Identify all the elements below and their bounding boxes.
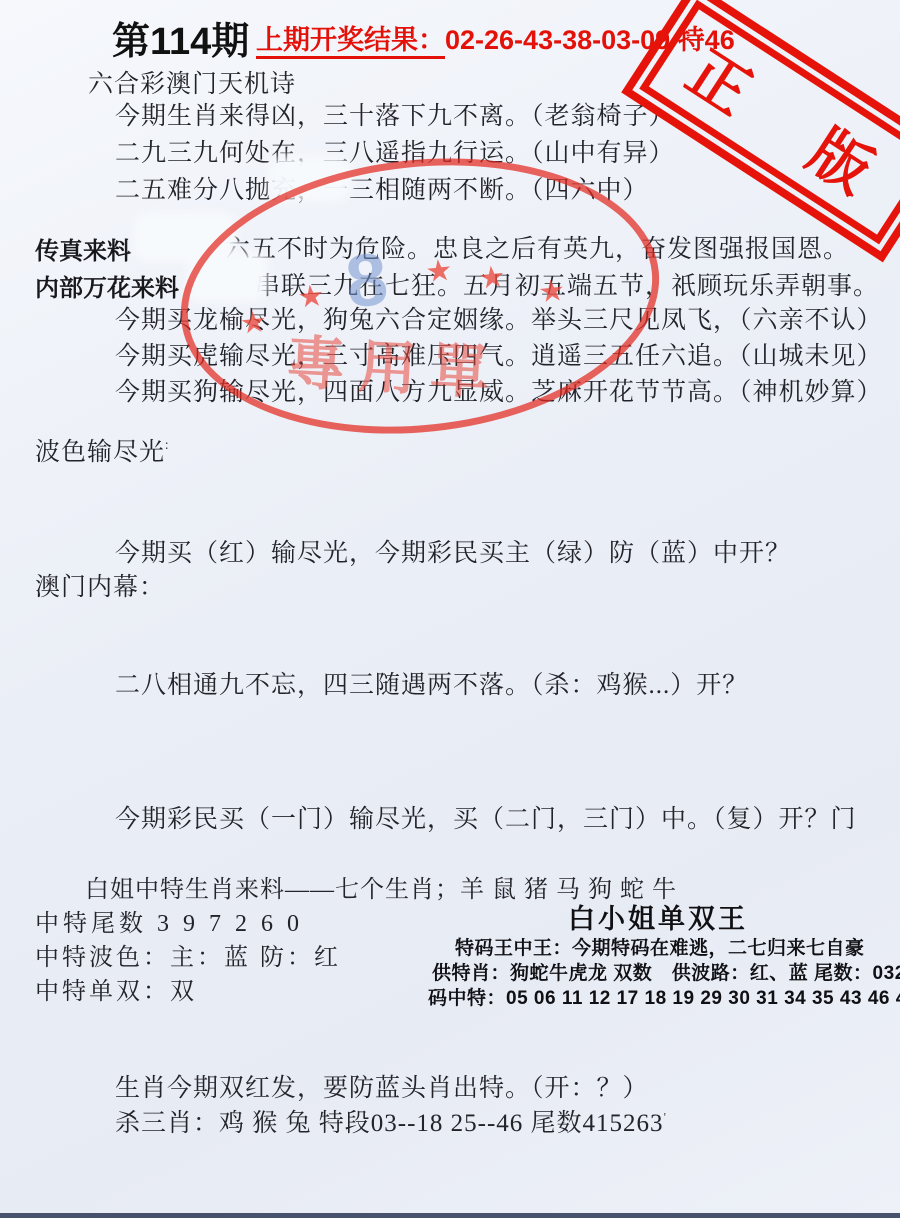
tianji-line-2: 二九三九何处在，三八遥指九行运。（山中有异） [115,135,675,172]
special-number: 特46 [678,25,735,55]
baixiaojie-line-2: 供特肖：狗蛇牛虎龙 双数 供波路：红、蓝 尾数：0326 [432,958,900,985]
last-draw-result: 上期开奖结果：02-26-43-38-03-09 特46 [256,18,735,57]
baixiaojie-title: 白小姐单双王 [568,897,748,936]
baijie-danshuang: 中特单双：双 [35,971,197,1006]
tianji-line-1: 今期生肖来得凶，三十落下九不离。（老翁椅子） [115,98,675,135]
neimu-line: 二八相通九不忘，四三随遇两不落。（杀：鸡猴...）开？ [115,665,748,701]
issue-number: 第114期 [112,10,249,65]
tianji-title: 六合彩澳门天机诗 [88,64,296,100]
bottom-line-2: 杀三肖：鸡 猴 兔 特段03--18 25--46 尾数415263' [115,1103,667,1139]
bose-label: 波色输尽光∶ [35,432,169,468]
baijie-bose: 中特波色：主：蓝 防：红 [35,937,341,972]
tianji-poem: 今期生肖来得凶，三十落下九不离。（老翁椅子） 二九三九何处在，三八遥指九行运。（… [115,98,675,209]
tianji-line-3: 二五难分八抛充，一三相随两不断。（四六中） [115,172,675,209]
bottom-edge-strip [0,1213,900,1218]
bottom-line-1: 生肖今期双红发，要防蓝头肖出特。（开：？） [115,1068,649,1104]
neimu-label: 澳门内幕： [35,567,165,603]
neibu-wanhua-label: 内部万花来料 [35,268,179,303]
fax-text-1: 六五不时为危险。忠良之后有英九，奋发图强报国恩。 [225,229,849,265]
fax-line-1: 今期买龙榆尽光，狗兔六合定姻缘。举头三尺见凤飞，（六亲不认） [115,303,883,339]
fax-poem: 今期买龙榆尽光，狗兔六合定姻缘。举头三尺见凤飞，（六亲不认） 今期买虎输尽光，三… [115,303,883,411]
fax-text-2: 串联三九在七狂。五月初五端五节，祇顾玩乐弄朝事。 [255,266,879,302]
erasure-patch [275,162,345,196]
baixiaojie-line-1: 特码王中王：今期特码在难逃，二七归来七自豪 [455,933,865,960]
fax-line-3: 今期买狗输尽光，四面八方九显威。芝麻开花节节高。（神机妙算） [115,375,883,411]
erasure-patch [140,218,230,256]
baixiaojie-line-3: 码中特：05 06 11 12 17 18 19 29 30 31 34 35 … [428,983,900,1010]
small-tick: ' [664,1110,667,1125]
lottery-tip-sheet: 第114期 上期开奖结果：02-26-43-38-03-09 特46 六合彩澳门… [0,0,900,1218]
bose-line: 今期买（红）输尽光，今期彩民买主（绿）防（蓝）中开？ [115,533,791,569]
fax-line-2: 今期买虎输尽光，三寸高难压四气。逍遥三五任六追。（山城未见） [115,339,883,375]
erasure-patch [192,258,262,296]
caimin-line: 今期彩民买（一门）输尽光，买（二门，三门）中。（复）开？门 [115,799,857,835]
baijie-weishu: 中特尾数 3 9 7 2 6 0 [35,903,303,938]
last-result-label: 上期开奖结果： [256,25,445,59]
last-result-numbers: 02-26-43-38-03-09 [445,25,670,55]
small-mark: ∶ [165,439,169,454]
fax-label: 传真来料 [35,231,131,266]
